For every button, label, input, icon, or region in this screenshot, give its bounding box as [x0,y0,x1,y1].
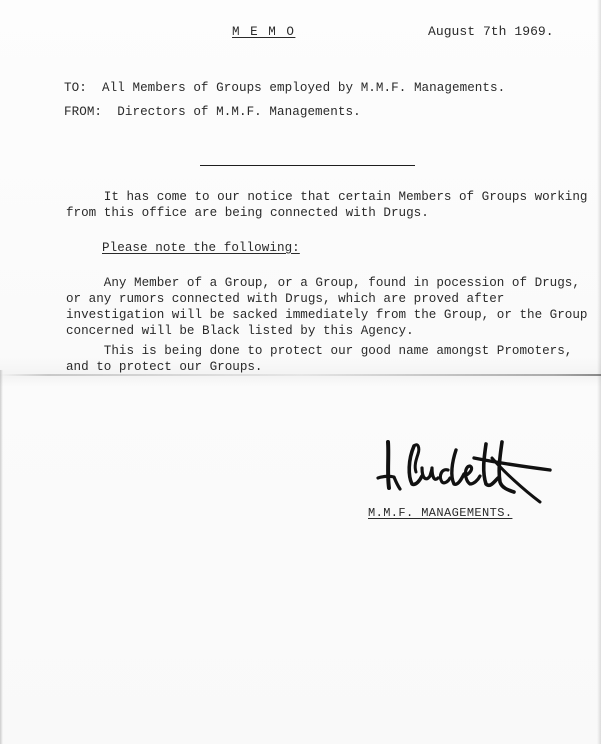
page-edge-shadow-left [0,370,3,744]
note-heading: Please note the following: [102,240,300,256]
paragraph-purpose: This is being done to protect our good n… [66,343,601,375]
from-line: FROM: Directors of M.M.F. Managements. [64,104,361,120]
memo-date: August 7th 1969. [428,24,554,40]
handwritten-signature-icon [374,436,554,508]
paragraph-notice: It has come to our notice that certain M… [66,189,601,221]
signatory-company: M.M.F. MANAGEMENTS. [368,505,512,521]
paragraph-policy: Any Member of a Group, or a Group, found… [66,275,601,339]
to-line: TO: All Members of Groups employed by M.… [64,80,505,96]
memo-title: M E M O [232,24,295,40]
memo-page: M E M O August 7th 1969. TO: All Members… [0,0,601,744]
divider-rule [200,165,415,166]
